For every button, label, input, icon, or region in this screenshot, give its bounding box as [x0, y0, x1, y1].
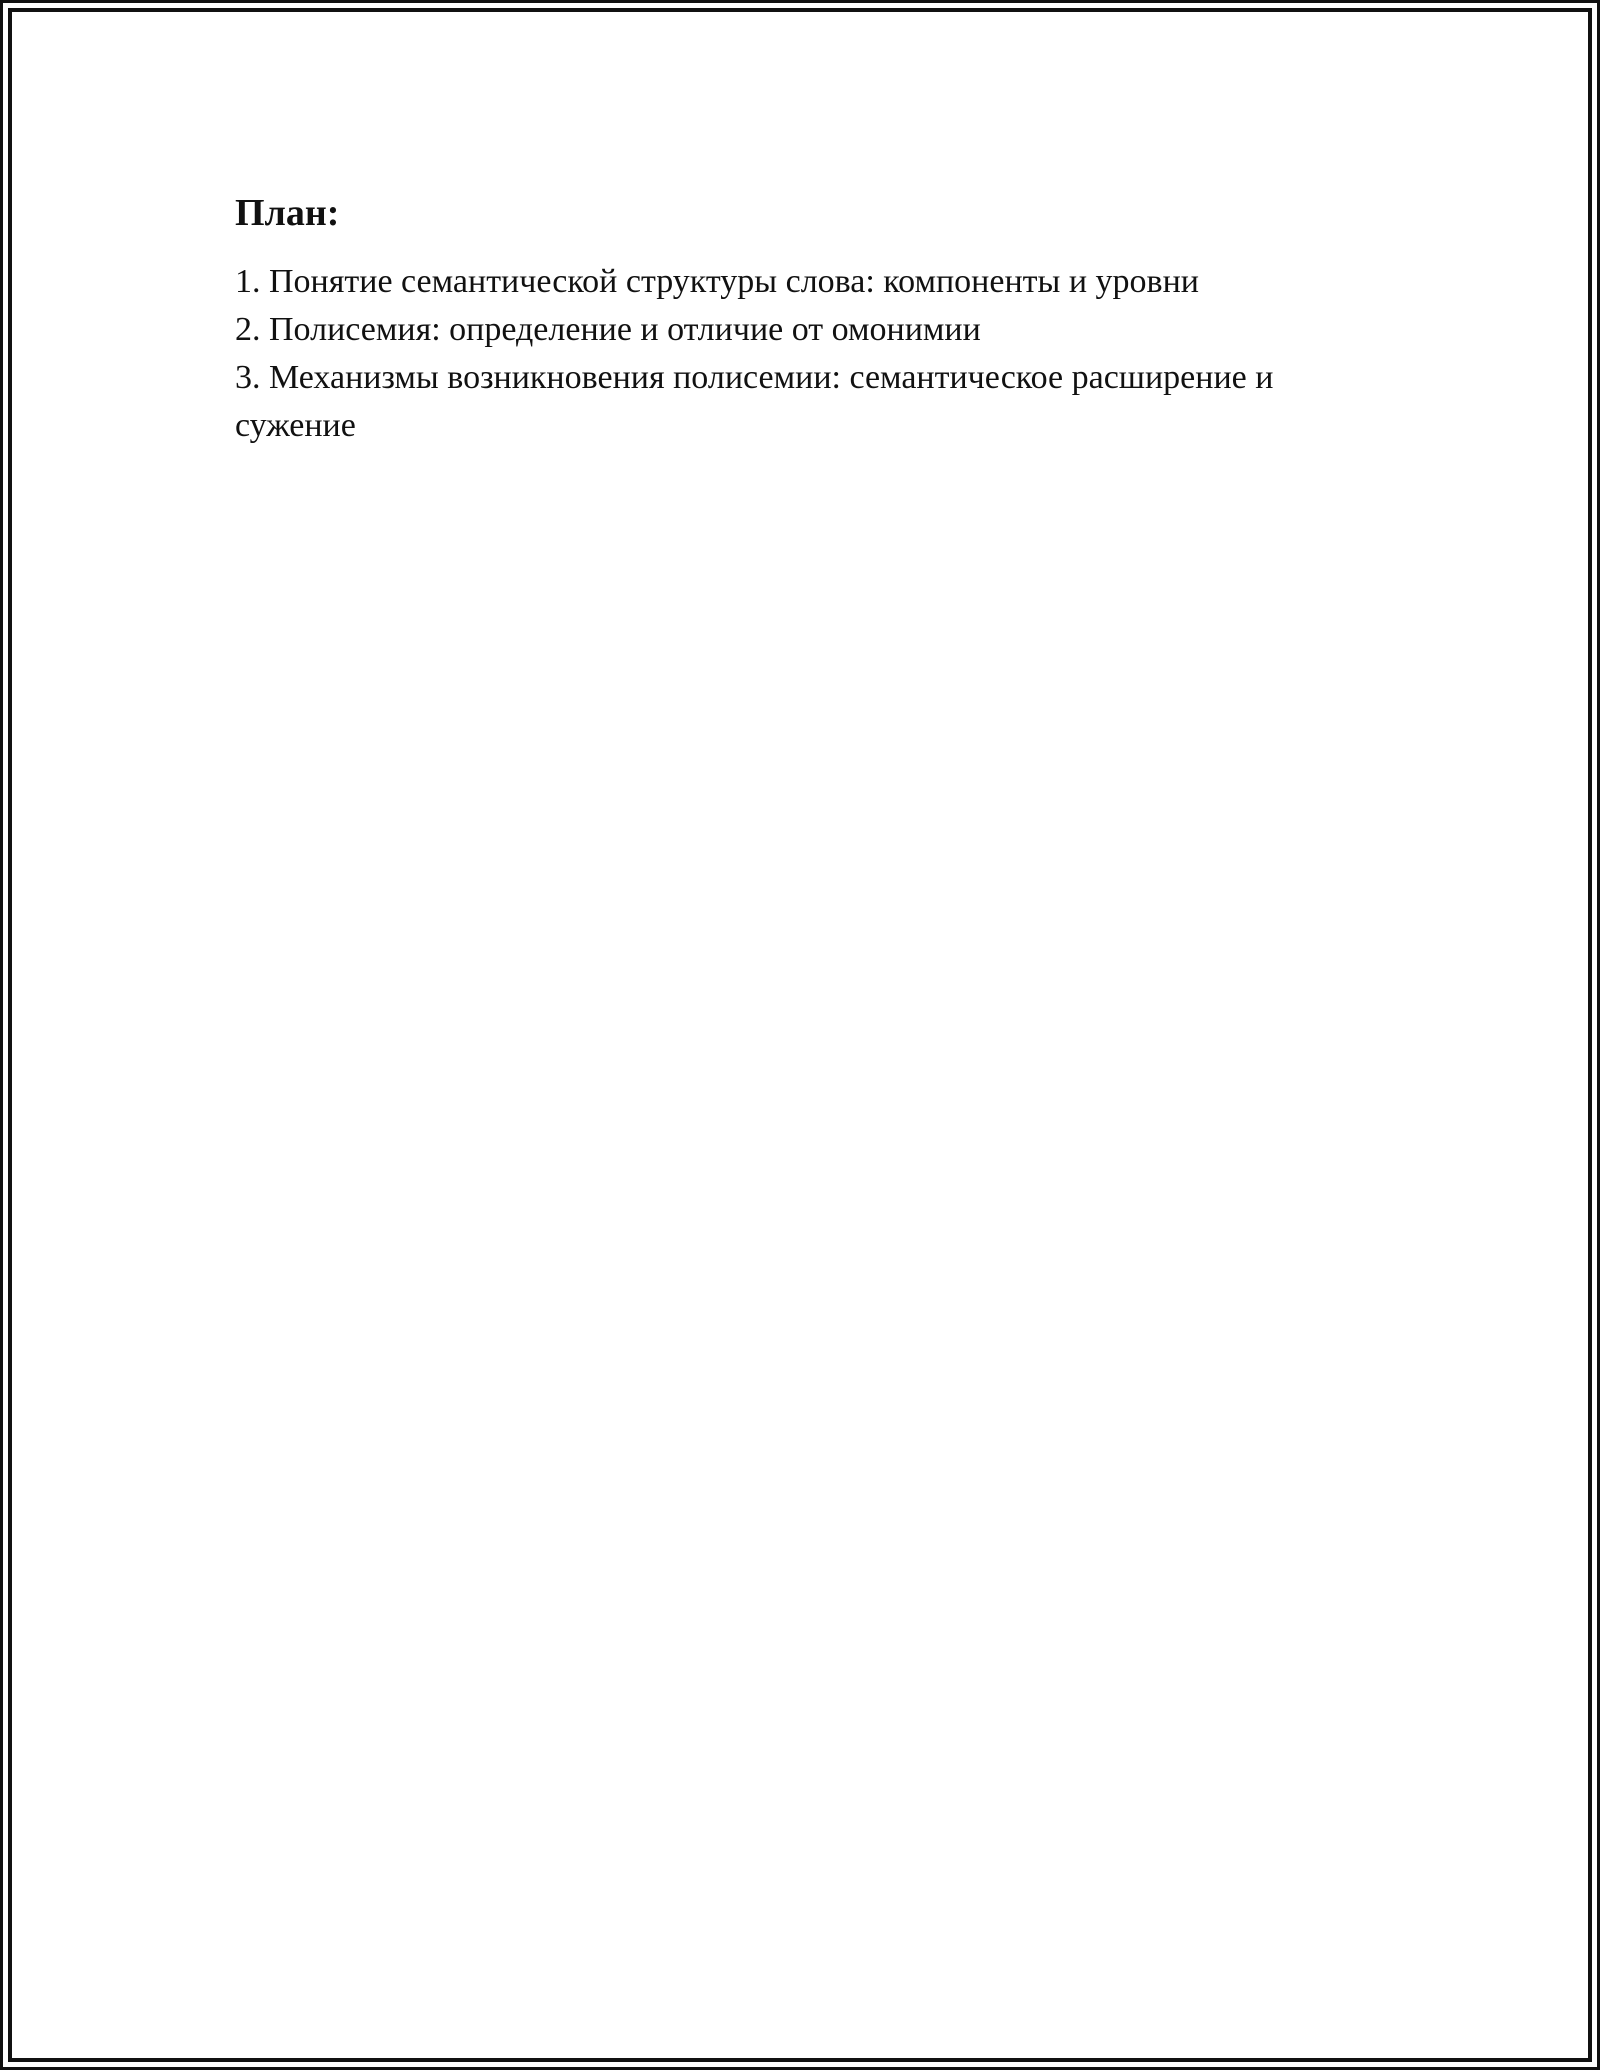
document-body: План: 1. Понятие семантической структуры…: [235, 186, 1375, 450]
plan-list: 1. Понятие семантической структуры слова…: [235, 258, 1375, 450]
plan-item-1: 1. Понятие семантической структуры слова…: [235, 258, 1375, 306]
plan-item-2: 2. Полисемия: определение и отличие от о…: [235, 306, 1375, 354]
plan-heading: План:: [235, 186, 1375, 240]
plan-item-3: 3. Механизмы возникновения полисемии: се…: [235, 354, 1375, 450]
